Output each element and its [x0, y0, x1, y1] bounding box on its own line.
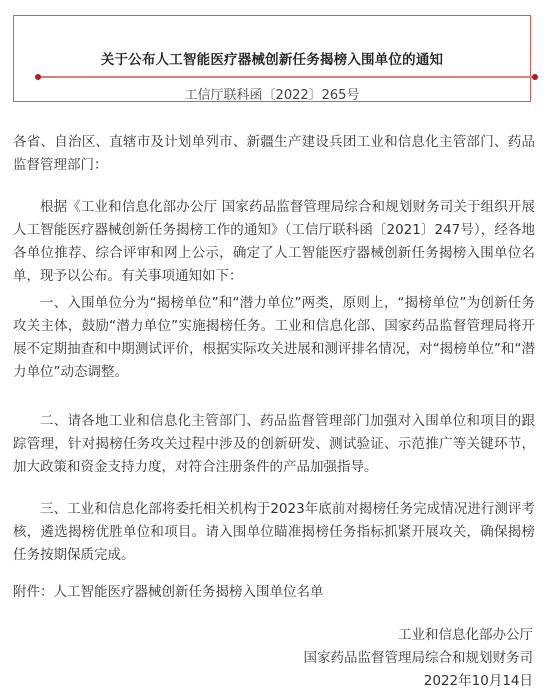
paragraph-item-3: 三、工业和信息化部将委托相关机构于2023年底前对揭榜任务完成情况进行测评考核，…: [13, 498, 535, 567]
attachment-line: 附件：人工智能医疗器械创新任务揭榜入围单位名单: [13, 581, 535, 604]
header-box: 关于公布人工智能医疗器械创新任务揭榜入围单位的通知 工信厅联科函〔2022〕26…: [13, 15, 531, 102]
signature-issuer-2: 国家药品监督管理局综合和规划财务司: [304, 647, 534, 670]
document-title: 关于公布人工智能医疗器械创新任务揭榜入围单位的通知: [14, 51, 530, 69]
paragraph-2-block: 二、请各地工业和信息化主管部门、药品监督管理部门加强对入围单位和项目的跟踪管理，…: [13, 410, 535, 479]
signature-issuer-1: 工业和信息化部办公厅: [398, 624, 533, 647]
attachment-block: 附件：人工智能医疗器械创新任务揭榜入围单位名单: [13, 581, 535, 604]
document-number: 工信厅联科函〔2022〕265号: [14, 87, 530, 105]
paragraph-item-2: 二、请各地工业和信息化主管部门、药品监督管理部门加强对入围单位和项目的跟踪管理，…: [13, 410, 535, 479]
paragraph-3-block: 三、工业和信息化部将委托相关机构于2023年底前对揭榜任务完成情况进行测评考核，…: [13, 498, 535, 567]
salutation: 各省、自治区、直辖市及计划单列市、新疆生产建设兵团工业和信息化主管部门、药品监督…: [13, 131, 535, 177]
paragraph-intro: 根据《工业和信息化部办公厅 国家药品监督管理局综合和规划财务司关于组织开展人工智…: [13, 196, 535, 288]
divider-dot-right-icon: [532, 74, 538, 80]
paragraph-intro-block: 根据《工业和信息化部办公厅 国家药品监督管理局综合和规划财务司关于组织开展人工智…: [13, 196, 535, 288]
salutation-block: 各省、自治区、直辖市及计划单列市、新疆生产建设兵团工业和信息化主管部门、药品监督…: [13, 131, 535, 177]
signature-date: 2022年10月14日: [424, 670, 533, 693]
paragraph-item-1: 一、入围单位分为“揭榜单位”和“潜力单位”两类，原则上，“揭榜单位”为创新任务攻…: [13, 292, 535, 384]
title-divider: [38, 76, 536, 78]
divider-dot-left-icon: [35, 74, 41, 80]
paragraph-1-block: 一、入围单位分为“揭榜单位”和“潜力单位”两类，原则上，“揭榜单位”为创新任务攻…: [13, 292, 535, 384]
